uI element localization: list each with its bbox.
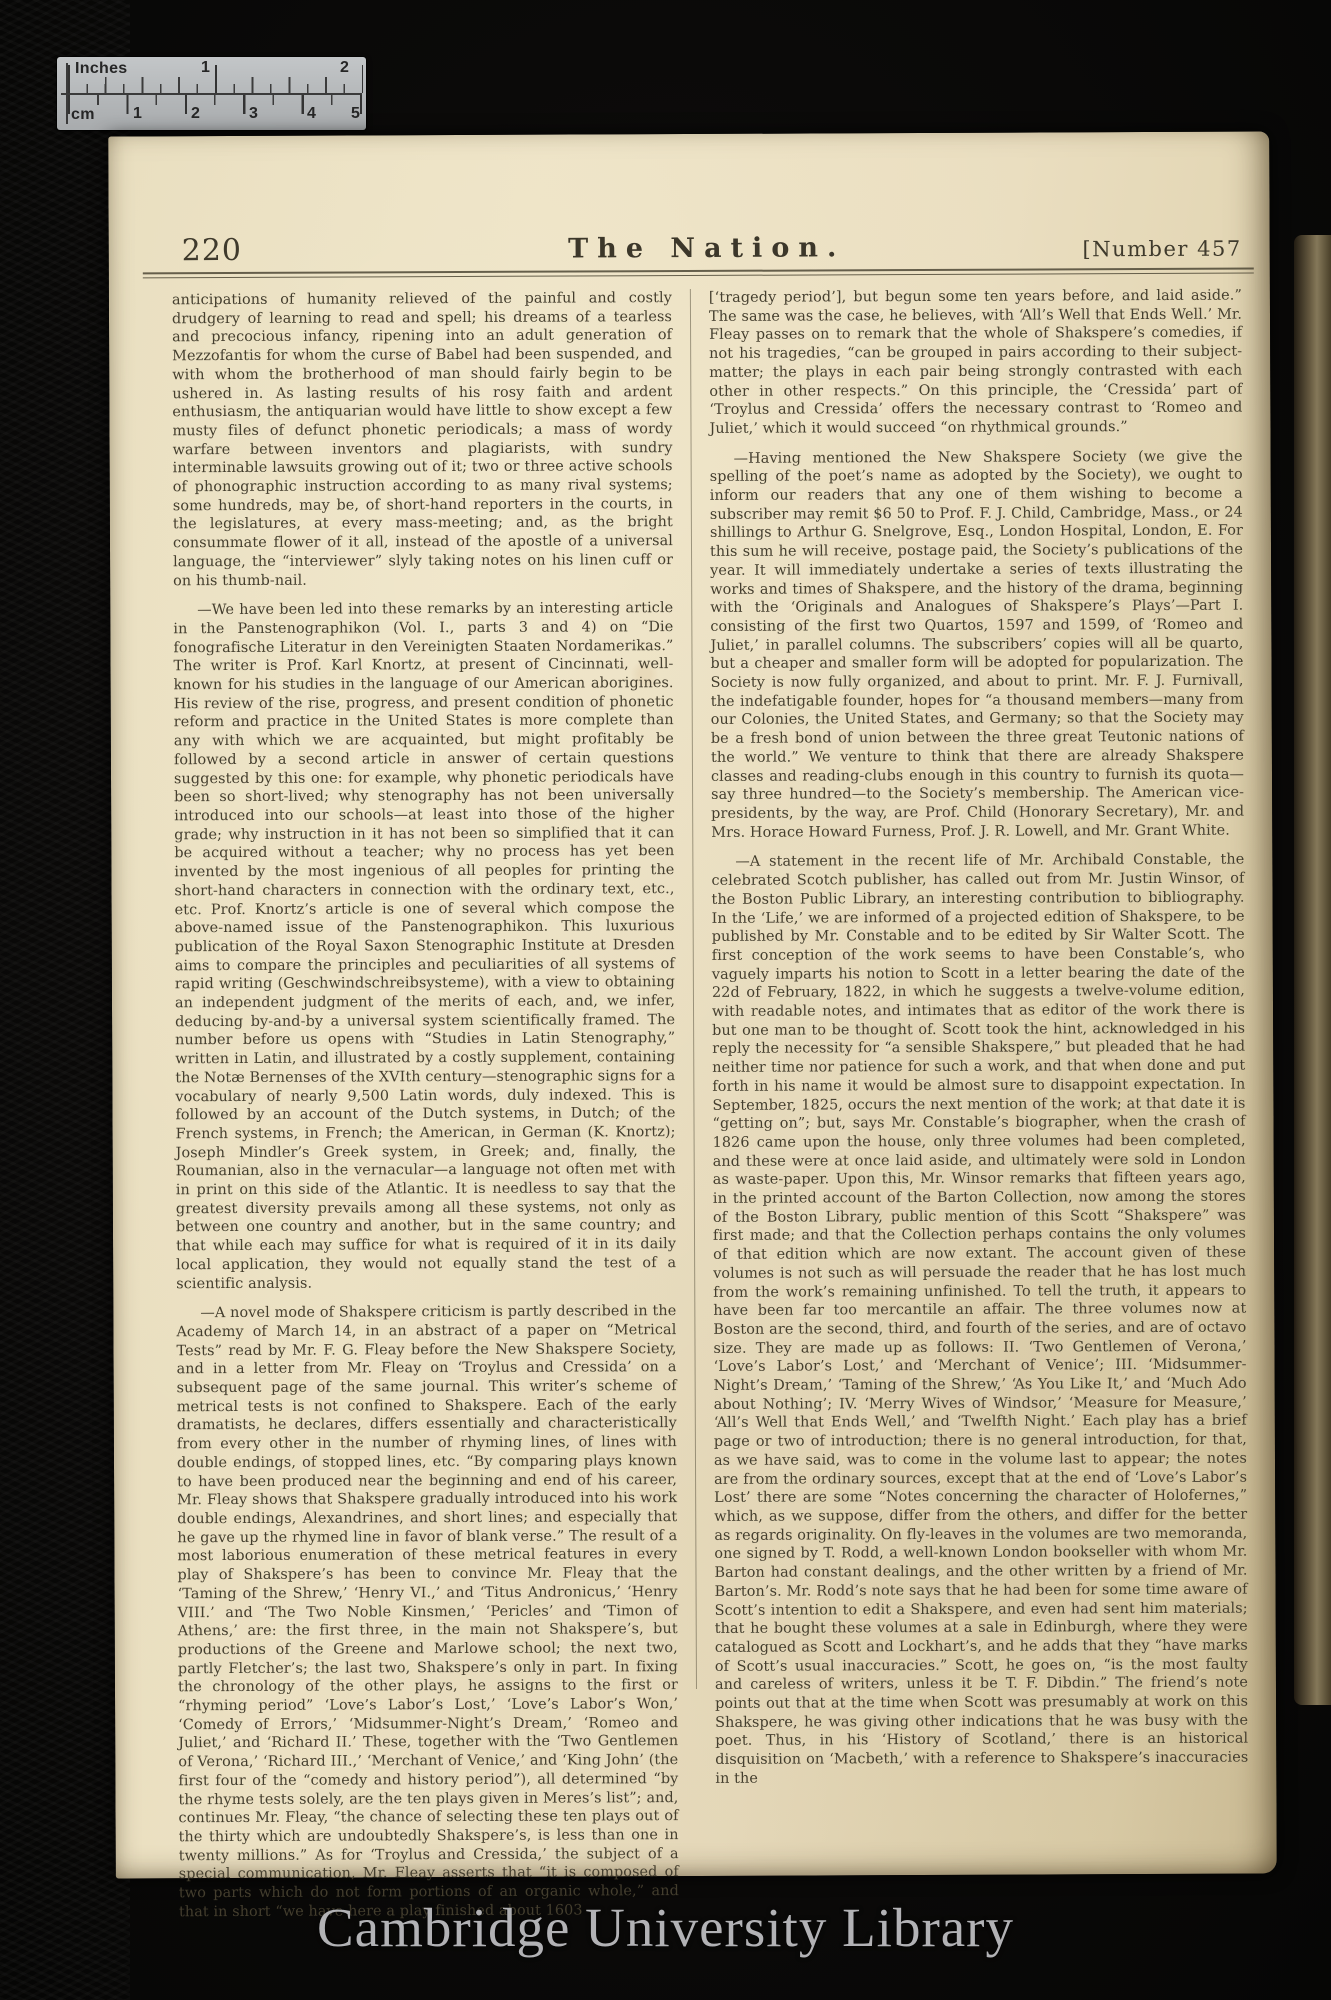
paragraph: anticipations of humanity relieved of th… (172, 289, 673, 590)
header-rule (143, 268, 1254, 279)
ruler-cm-mark-4: 4 (307, 105, 316, 123)
column-left: anticipations of humanity relieved of th… (172, 289, 679, 1933)
adjacent-page-edge (1294, 235, 1331, 1705)
ruler-inches-label: Inches (75, 60, 128, 78)
column-right: [‘tragedy period’], but begun some ten y… (709, 287, 1249, 1800)
ruler-cm-label: cm (71, 106, 95, 124)
ruler-inch-mark-2: 2 (340, 59, 349, 77)
column-divider (690, 289, 697, 1689)
ruler-cm-mark-2: 2 (191, 105, 200, 123)
paragraph: —Having mentioned the New Shakspere Soci… (710, 447, 1245, 842)
paragraph: [‘tragedy period’], but begun some ten y… (709, 287, 1243, 439)
ruler-inch-mark-1: 1 (201, 59, 210, 77)
issue-number: [Number 457 (1082, 237, 1241, 262)
paragraph: —We have been led into these remarks by … (173, 599, 676, 1293)
article-columns: anticipations of humanity relieved of th… (172, 287, 1249, 1819)
ruler-cm-mark-1: 1 (133, 105, 142, 123)
library-watermark: Cambridge University Library (0, 1896, 1331, 1959)
ruler-cm-mark-5: 5 (351, 105, 360, 123)
measurement-ruler: Inches 1 2 cm 1 2 3 4 5 (57, 57, 366, 130)
ruler-cm-ticks (68, 95, 363, 114)
page-header: 220 The Nation. [Number 457 (172, 222, 1242, 269)
paragraph: —A novel mode of Shakspere criticism is … (176, 1302, 679, 1921)
paragraph: —A statement in the recent life of Mr. A… (711, 851, 1248, 1788)
page-title: The Nation. (172, 231, 1242, 267)
ruler-cm-mark-3: 3 (249, 105, 258, 123)
newspaper-page: 220 The Nation. [Number 457 anticipation… (108, 131, 1277, 1878)
